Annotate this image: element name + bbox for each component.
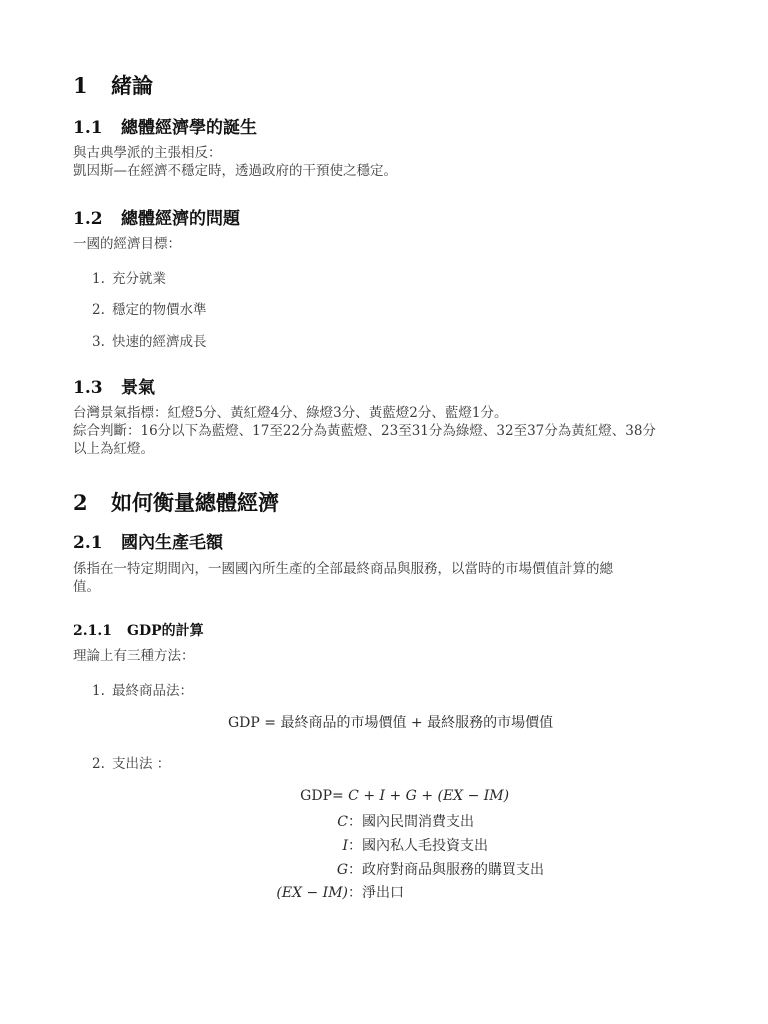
subsection-number: 1.2 (73, 209, 121, 229)
definition-row: G：政府對商品與服務的購買支出 (240, 859, 544, 879)
subsection-title: 總體經濟的問題 (121, 209, 240, 229)
subsubsection-title: GDP的計算 (127, 623, 204, 639)
list-number: 1. (92, 683, 112, 699)
list-item: 1.充分就業 (92, 267, 166, 287)
definition-row: C：國內民間消費支出 (240, 811, 474, 831)
subsection-number: 1.3 (73, 378, 121, 398)
subsection-title: 景氣 (121, 378, 155, 398)
subsection-heading: 2.1國內生產毛額 (73, 528, 223, 553)
paragraph-line: 以上為紅燈。 (73, 440, 154, 458)
definition-row: I：國內私人毛投資支出 (240, 835, 488, 855)
subsubsection-heading: 2.1.1GDP的計算 (73, 620, 204, 640)
paragraph-line: 綜合判斷：16分以下為藍燈、17至22分為黃藍燈、23至31分為綠燈、32至37… (73, 422, 656, 440)
method-label: 最終商品法： (112, 683, 193, 699)
section-title: 如何衡量總體經濟 (111, 490, 279, 515)
method-item: 2.支出法 ： (92, 752, 170, 772)
section-heading: 1緒論 (73, 70, 153, 100)
subsection-heading: 1.1總體經濟學的誕生 (73, 113, 257, 138)
subsection-heading: 1.3景氣 (73, 373, 155, 398)
list-item: 3.快速的經濟成長 (92, 330, 207, 350)
list-text: 充分就業 (112, 271, 166, 287)
definition-desc: ：政府對商品與服務的購買支出 (348, 862, 544, 878)
definition-symbol: I (240, 838, 348, 854)
list-item: 2.穩定的物價水準 (92, 298, 207, 318)
paragraph-line: 凱因斯—在經濟不穩定時，透過政府的干預使之穩定。 (73, 162, 397, 180)
list-number: 3. (92, 334, 112, 350)
method-label: 支出法 ： (112, 756, 170, 772)
section-heading: 2如何衡量總體經濟 (73, 487, 279, 517)
equation-final-goods: GDP = 最終商品的市場價值 + 最終服務的市場價值 (228, 712, 553, 732)
list-number: 2. (92, 302, 112, 318)
subsection-title: 總體經濟學的誕生 (121, 118, 257, 138)
definition-desc: ：國內民間消費支出 (348, 814, 474, 830)
definition-symbol: G (240, 862, 348, 878)
list-number: 2. (92, 756, 112, 772)
definition-symbol: (EX − IM) (240, 885, 348, 901)
section-title: 緒論 (111, 73, 153, 98)
paragraph-line: 一國的經濟目標： (73, 235, 181, 253)
definition-row: (EX − IM)：淨出口 (240, 882, 404, 902)
subsection-title: 國內生產毛額 (121, 533, 223, 553)
list-text: 穩定的物價水準 (112, 302, 207, 318)
subsection-heading: 1.2總體經濟的問題 (73, 204, 240, 229)
equation-rhs: = C + I + G + (EX − IM) (332, 788, 509, 804)
equation-expenditure: GDP= C + I + G + (EX − IM) (240, 788, 509, 804)
paragraph-line: 值。 (73, 578, 100, 596)
paragraph-line: 係指在一特定期間內，一國國內所生產的全部最終商品與服務，以當時的市場價值計算的總 (73, 560, 613, 578)
list-number: 1. (92, 271, 112, 287)
equation-lhs: GDP (240, 788, 332, 804)
definition-symbol: C (240, 814, 348, 830)
subsection-number: 2.1 (73, 533, 121, 553)
definition-desc: ：國內私人毛投資支出 (348, 838, 488, 854)
subsubsection-number: 2.1.1 (73, 623, 127, 639)
paragraph-line: 台灣景氣指標：紅燈5分、黃紅燈4分、綠燈3分、黃藍燈2分、藍燈1分。 (73, 404, 507, 422)
method-item: 1.最終商品法： (92, 679, 193, 699)
section-number: 1 (73, 73, 111, 98)
paragraph-line: 理論上有三種方法： (73, 647, 195, 665)
list-text: 快速的經濟成長 (112, 334, 207, 350)
subsection-number: 1.1 (73, 118, 121, 138)
paragraph-line: 與古典學派的主張相反： (73, 144, 222, 162)
definition-desc: ：淨出口 (348, 885, 404, 901)
section-number: 2 (73, 490, 111, 515)
